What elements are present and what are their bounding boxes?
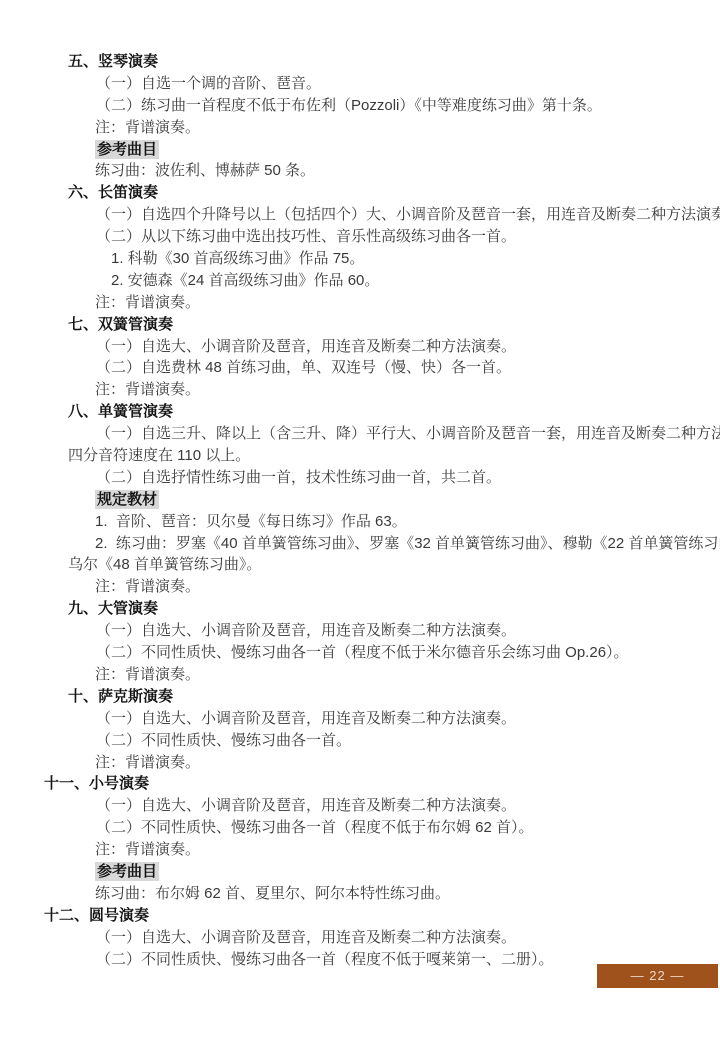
requirement-line: （二）自选费林 48 首练习曲，单、双连号（慢、快）各一首。: [68, 357, 720, 379]
section-heading-bassoon: 九、大管演奏: [68, 598, 720, 620]
requirement-line: （一）自选三升、降以上（含三升、降）平行大、小调音阶及琶音一套，用连音及断奏二种…: [68, 423, 720, 445]
required-material-label: 规定教材: [95, 489, 720, 511]
requirement-line: （一）自选大、小调音阶及琶音，用连音及断奏二种方法演奏。: [68, 927, 720, 949]
requirement-line: （二）自选抒情性练习曲一首，技术性练习曲一首，共二首。: [68, 467, 720, 489]
section-heading-oboe: 七、双簧管演奏: [68, 314, 720, 336]
note-line: 注：背谱演奏。: [95, 839, 720, 861]
reference-repertoire-label: 参考曲目: [95, 139, 720, 161]
numbered-item: 2. 练习曲：罗塞《40 首单簧管练习曲》、罗塞《32 首单簧管练习曲》、穆勒《…: [95, 533, 720, 555]
reference-line: 练习曲：波佐利、博赫萨 50 条。: [95, 160, 720, 182]
section-heading-french-horn: 十二、圆号演奏: [44, 905, 720, 927]
highlight-label: 参考曲目: [95, 140, 159, 159]
note-line: 注：背谱演奏。: [95, 379, 720, 401]
requirement-line: （二）从以下练习曲中选出技巧性、音乐性高级练习曲各一首。: [68, 226, 720, 248]
section-heading-saxophone: 十、萨克斯演奏: [68, 686, 720, 708]
item-continuation: 乌尔《48 首单簧管练习曲》。: [68, 554, 720, 576]
requirement-line: （二）不同性质快、慢练习曲各一首。: [68, 730, 720, 752]
numbered-item: 2. 安德森《24 首高级练习曲》作品 60。: [111, 270, 720, 292]
highlight-label: 规定教材: [95, 490, 159, 509]
note-line: 注：背谱演奏。: [95, 664, 720, 686]
requirement-line: （一）自选一个调的音阶、琶音。: [68, 73, 720, 95]
requirement-line: （二）练习曲一首程度不低于布佐利（Pozzoli）《中等难度练习曲》第十条。: [68, 95, 720, 117]
requirement-line: （二）不同性质快、慢练习曲各一首（程度不低于米尔德音乐会练习曲 Op.26）。: [68, 642, 720, 664]
requirement-line: （一）自选大、小调音阶及琶音，用连音及断奏二种方法演奏。: [68, 336, 720, 358]
section-heading-harp: 五、竖琴演奏: [68, 51, 720, 73]
requirement-line: （二）不同性质快、慢练习曲各一首（程度不低于布尔姆 62 首）。: [68, 817, 720, 839]
requirement-line: （一）自选四个升降号以上（包括四个）大、小调音阶及琶音一套，用连音及断奏二种方法…: [68, 204, 720, 226]
page-number-badge: — 22 —: [597, 964, 718, 988]
reference-line: 练习曲：布尔姆 62 首、夏里尔、阿尔本特性练习曲。: [95, 883, 720, 905]
requirement-line: （一）自选大、小调音阶及琶音，用连音及断奏二种方法演奏。: [68, 708, 720, 730]
section-heading-trumpet: 十一、小号演奏: [44, 773, 720, 795]
document-page: 五、竖琴演奏 （一）自选一个调的音阶、琶音。 （二）练习曲一首程度不低于布佐利（…: [0, 0, 720, 1040]
requirement-line: （一）自选大、小调音阶及琶音，用连音及断奏二种方法演奏。: [68, 795, 720, 817]
note-line: 注：背谱演奏。: [95, 752, 720, 774]
note-line: 注：背谱演奏。: [95, 292, 720, 314]
reference-repertoire-label: 参考曲目: [95, 861, 720, 883]
section-heading-flute: 六、长笛演奏: [68, 182, 720, 204]
requirement-line: （一）自选大、小调音阶及琶音，用连音及断奏二种方法演奏。: [68, 620, 720, 642]
document-content: 五、竖琴演奏 （一）自选一个调的音阶、琶音。 （二）练习曲一首程度不低于布佐利（…: [0, 51, 720, 970]
section-heading-clarinet: 八、单簧管演奏: [68, 401, 720, 423]
highlight-label: 参考曲目: [95, 862, 159, 881]
numbered-item: 1. 科勒《30 首高级练习曲》作品 75。: [111, 248, 720, 270]
requirement-continuation: 四分音符速度在 110 以上。: [68, 445, 720, 467]
numbered-item: 1. 音阶、琶音：贝尔曼《每日练习》作品 63。: [95, 511, 720, 533]
note-line: 注：背谱演奏。: [95, 576, 720, 598]
note-line: 注：背谱演奏。: [95, 117, 720, 139]
